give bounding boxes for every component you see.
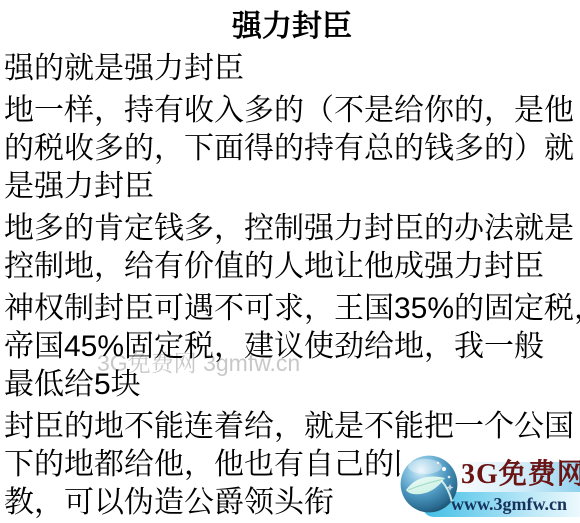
text-line: 的税收多的，下面得的持有总的钱多的）就 — [4, 130, 580, 168]
text-line: 地多的肯定钱多，控制强力封臣的办法就是 — [4, 210, 580, 248]
article-content: 强力封臣 强的就是强力封臣 地一样，持有收入多的（不是给你的，是他 的税收多的，… — [4, 8, 580, 522]
logo-site-url: www.3gmfw.cn — [451, 493, 567, 515]
text-line: 帝国45%固定税，建议使劲给地，我一般 — [4, 328, 580, 366]
paragraph-4: 神权制封臣可遇不可求，王国35%的固定税， 帝国45%固定税，建议使劲给地，我一… — [4, 290, 580, 404]
site-logo: 3G免费网 www.3gmfw.cn — [400, 449, 580, 523]
text-line: 神权制封臣可遇不可求，王国35%的固定税， — [4, 290, 580, 328]
text-line: 强的就是强力封臣 — [4, 50, 580, 88]
paragraph-2: 地一样，持有收入多的（不是给你的，是他 的税收多的，下面得的持有总的钱多的）就 … — [4, 92, 580, 206]
text-line: 控制地，给有价值的人地让他成强力封臣 — [4, 248, 580, 286]
article-page: 强力封臣 强的就是强力封臣 地一样，持有收入多的（不是给你的，是他 的税收多的，… — [0, 0, 580, 523]
page-title: 强力封臣 — [4, 8, 580, 46]
paragraph-3: 地多的肯定钱多，控制强力封臣的办法就是 控制地，给有价值的人地让他成强力封臣 — [4, 210, 580, 286]
text-line: 最低给5块 — [4, 366, 580, 404]
text-line: 封臣的地不能连着给，就是不能把一个公国 — [4, 408, 580, 446]
logo-site-name: 3G免费网 — [461, 459, 580, 491]
text-line: 地一样，持有收入多的（不是给你的，是他 — [4, 92, 580, 130]
orb-leaf-icon — [400, 455, 458, 513]
text-line: 是强力封臣 — [4, 168, 580, 206]
paragraph-1: 强的就是强力封臣 — [4, 50, 580, 88]
